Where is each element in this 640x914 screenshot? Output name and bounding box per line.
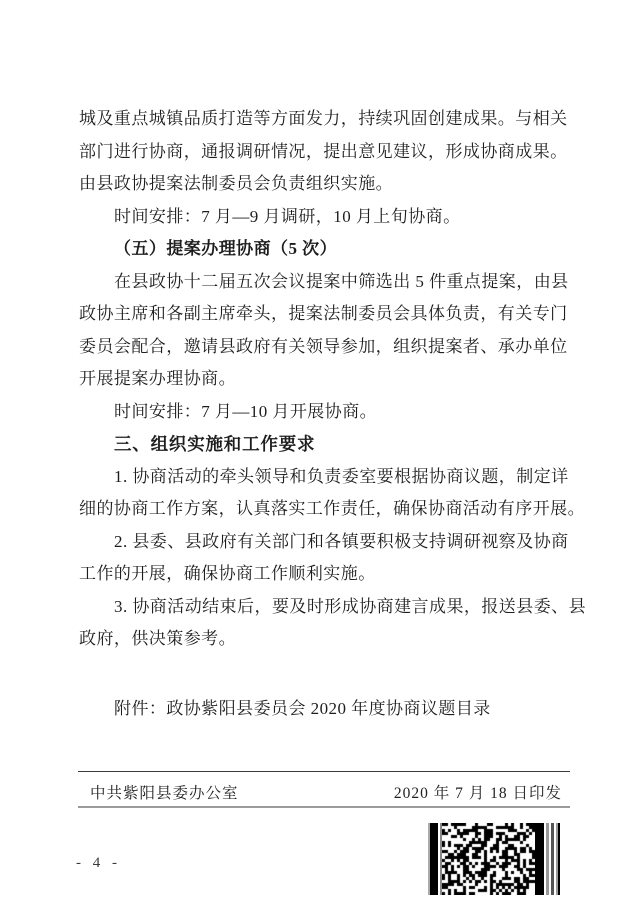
body-line: 政协主席和各副主席牵头，提案法制委员会具体负责，有关专门 — [79, 298, 569, 331]
body-line: 由县政协提案法制委员会负责组织实施。 — [79, 168, 569, 201]
body-line: 城及重点城镇品质打造等方面发力，持续巩固创建成果。与相关 — [79, 103, 569, 136]
section-heading: （五）提案办理协商（5 次） — [79, 233, 569, 266]
body-line: 工作的开展，确保协商工作顺利实施。 — [79, 558, 569, 591]
body-line: 时间安排：7 月—9 月调研，10 月上旬协商。 — [79, 201, 569, 234]
body-line: 2. 县委、县政府有关部门和各镇要积极支持调研视察及协商 — [79, 526, 569, 559]
footer-print-date: 2020 年 7 月 18 日印发 — [394, 781, 562, 803]
barcode-noise-region — [442, 823, 535, 895]
body-line: 政府，供决策参考。 — [79, 623, 569, 656]
barcode-image — [428, 823, 562, 895]
body-line: 细的协商工作方案，认真落实工作责任，确保协商活动有序开展。 — [79, 493, 569, 526]
body-line: 时间安排：7 月—10 月开展协商。 — [79, 396, 569, 429]
document-body: 城及重点城镇品质打造等方面发力，持续巩固创建成果。与相关 部门进行协商，通报调研… — [79, 103, 569, 725]
page-number: - 4 - — [76, 855, 121, 872]
footer-row: 中共紫阳县委办公室 2020 年 7 月 18 日印发 — [78, 779, 570, 805]
blank-line — [79, 656, 569, 686]
footer-top-rule — [78, 771, 570, 772]
footer-bottom-rule — [78, 806, 570, 808]
body-line: 在县政协十二届五次会议提案中筛选出 5 件重点提案，由县 — [79, 266, 569, 299]
body-line: 开展提案办理协商。 — [79, 363, 569, 396]
section-heading: 三、组织实施和工作要求 — [79, 428, 569, 461]
footer-issuer: 中共紫阳县委办公室 — [90, 781, 239, 803]
body-line: 委员会配合，邀请县政府有关领导参加，组织提案者、承办单位 — [79, 331, 569, 364]
body-line: 部门进行协商，通报调研情况，提出意见建议，形成协商成果。 — [79, 136, 569, 169]
body-line: 3. 协商活动结束后，要及时形成协商建言成果，报送县委、县 — [79, 591, 569, 624]
body-line: 1. 协商活动的牵头领导和负责委室要根据协商议题，制定详 — [79, 461, 569, 494]
attachment-line: 附件：政协紫阳县委员会 2020 年度协商议题目录 — [79, 693, 569, 726]
document-page: 城及重点城镇品质打造等方面发力，持续巩固创建成果。与相关 部门进行协商，通报调研… — [0, 0, 640, 914]
